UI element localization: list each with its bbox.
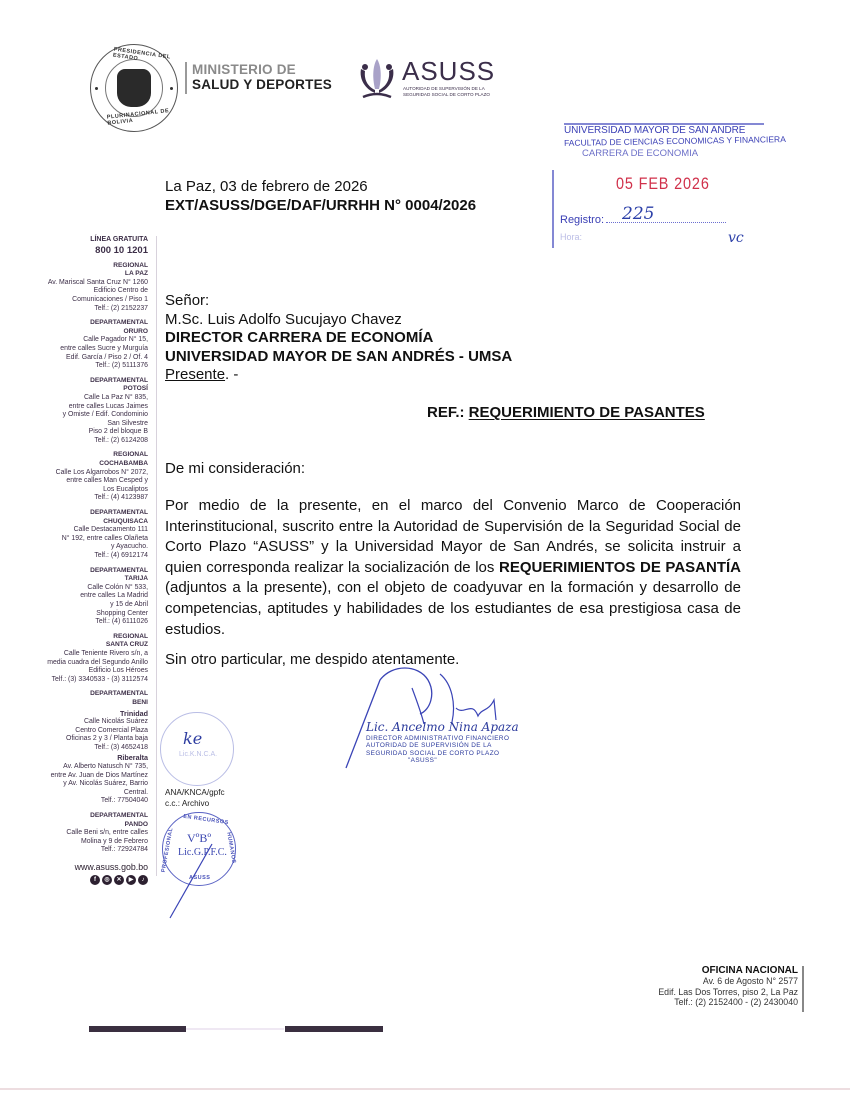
ministry-line1: MINISTERIO DE	[192, 62, 332, 77]
office-line: Av. Alberto Natusch N° 735,	[20, 763, 148, 772]
office-city: POTOSÍ	[20, 385, 148, 394]
office-city: BENI	[20, 699, 148, 708]
office-city: COCHABAMBA	[20, 460, 148, 469]
asuss-emblem-icon	[357, 55, 397, 101]
office-block: DEPARTAMENTALTARIJACalle Colón N° 533,en…	[20, 567, 148, 627]
office-line: Telf.: 77504040	[20, 797, 148, 806]
office-line: Central.	[20, 789, 148, 798]
office-line: Av. Mariscal Santa Cruz N° 1260	[20, 279, 148, 288]
national-office: OFICINA NACIONAL Av. 6 de Agosto N° 2577…	[658, 966, 798, 1008]
office-type: REGIONAL	[20, 262, 148, 271]
greeting: De mi consideración:	[165, 460, 305, 477]
office-type: REGIONAL	[20, 633, 148, 642]
office-line: entre calles Sucre y Murguía	[20, 345, 148, 354]
office-line: Calle Colón N° 533,	[20, 584, 148, 593]
presente-word: Presente	[165, 366, 225, 383]
office-line: Oficinas 2 y 3 / Planta baja	[20, 735, 148, 744]
instagram-icon[interactable]: ◎	[102, 875, 112, 885]
registro-value: 225	[622, 204, 654, 224]
ref-text: REQUERIMIENTO DE PASANTES	[469, 404, 705, 421]
asuss-subtitle: Autoridad de Supervisión de la Seguridad…	[403, 86, 490, 98]
signer-org-1: AUTORIDAD DE SUPERVISIÓN DE LA	[366, 742, 509, 749]
body-paragraph: Por medio de la presente, en el marco de…	[165, 496, 741, 640]
office-line: y Av. Nicolás Suárez, Barrio	[20, 780, 148, 789]
asuss-subtitle-line2: Seguridad Social de Corto Plazo	[403, 92, 490, 98]
vobo2-ring-top: EN RECURSOS	[183, 814, 229, 826]
office-line: Piso 2 del bloque B	[20, 428, 148, 437]
signer-org-2: SEGURIDAD SOCIAL DE CORTO PLAZO	[366, 750, 509, 757]
office-line: Telf.: (4) 6912174	[20, 552, 148, 561]
hotline-number: 800 10 1201	[20, 245, 148, 256]
office-lines: Calle Beni s/n, entre callesMolina y 9 d…	[20, 829, 148, 855]
office-line: Telf.: (4) 6111026	[20, 618, 148, 627]
stamp-career: CARRERA DE ECONOMIA	[582, 148, 698, 159]
body-bold: REQUERIMIENTOS DE PASANTÍA	[499, 559, 741, 576]
vobo1-text: Lic.K.N.C.A.	[179, 751, 217, 758]
office-city: TARIJA	[20, 575, 148, 584]
asuss-wordmark: ASUSS	[402, 58, 495, 84]
office-line: Telf.: (3) 4652418	[20, 744, 148, 753]
office-subcity: Riberalta	[20, 754, 148, 763]
office-line: Edificio Los Héroes	[20, 667, 148, 676]
vobo-stamp-1: ke Lic.K.N.C.A.	[160, 712, 234, 786]
office-line: entre calles La Madrid	[20, 592, 148, 601]
office-line: Telf.: (2) 6124208	[20, 437, 148, 446]
office-line: Centro Comercial Plaza	[20, 727, 148, 736]
signer-stamp: DIRECTOR ADMINISTRATIVO FINANCIERO AUTOR…	[366, 735, 509, 765]
office-type: DEPARTAMENTAL	[20, 567, 148, 576]
tiktok-icon[interactable]: ♪	[138, 875, 148, 885]
x-icon[interactable]: ✕	[114, 875, 124, 885]
office-line: Calle Teniente Rivero s/n, a	[20, 650, 148, 659]
recipient-title: DIRECTOR CARRERA DE ECONOMÍA	[165, 329, 512, 348]
vobo-check-stroke-icon	[168, 840, 218, 920]
ministry-divider	[185, 62, 187, 94]
footer-bar	[89, 1026, 186, 1032]
copy-to: c.c.: Archivo	[165, 798, 225, 809]
reception-stamp: UNIVERSIDAD MAYOR DE SAN ANDRE FACULTAD …	[552, 118, 768, 248]
ref-label: REF.:	[427, 404, 465, 421]
website-link[interactable]: www.asuss.gob.bo	[20, 863, 148, 872]
sidebar-divider	[156, 236, 157, 876]
office-city: CHUQUISACA	[20, 518, 148, 527]
office-block: DEPARTAMENTALORUROCalle Pagador N° 15,en…	[20, 319, 148, 371]
office-line: Edif. García / Piso 2 / Of. 4	[20, 354, 148, 363]
office-line: Telf.: (2) 5111376	[20, 362, 148, 371]
office-type: REGIONAL	[20, 451, 148, 460]
vobo2-ring-right: HUMANOS	[225, 832, 236, 864]
stamp-date: 05 FEB 2026	[616, 174, 710, 194]
seal-inner-ring	[105, 59, 163, 117]
recipient-name: M.Sc. Luis Adolfo Sucujayo Chavez	[165, 311, 512, 330]
office-line: San Silvestre	[20, 420, 148, 429]
salutation: Señor:	[165, 292, 512, 311]
initials-block: ANA/KNCA/gpfc c.c.: Archivo	[165, 787, 225, 809]
state-seal: PRESIDENCIA DEL ESTADO PLURINACIONAL DE …	[90, 44, 178, 132]
office-title: OFICINA NACIONAL	[658, 966, 798, 976]
footer-bar-light	[186, 1028, 284, 1030]
office-address-1: Av. 6 de Agosto N° 2577	[658, 976, 798, 986]
office-list: REGIONALLA PAZAv. Mariscal Santa Cruz N°…	[20, 262, 148, 685]
office-block: DEPARTAMENTALPOTOSÍCalle La Paz N° 835,e…	[20, 377, 148, 446]
office-line: Shopping Center	[20, 610, 148, 619]
office-block: DEPARTAMENTALCHUQUISACACalle Destacament…	[20, 509, 148, 561]
office-line: y Ayacucho.	[20, 543, 148, 552]
office-line: Calle Los Algarrobos N° 2072,	[20, 469, 148, 478]
office-line: Calle Destacamento 111	[20, 526, 148, 535]
office-block: REGIONALCOCHABAMBACalle Los Algarrobos N…	[20, 451, 148, 503]
letter-cite: EXT/ASUSS/DGE/DAF/URRHH N° 0004/2026	[165, 197, 476, 214]
seal-dot	[170, 87, 173, 90]
office-line: N° 192, entre calles Olañeta	[20, 535, 148, 544]
reference-line: REF.: REQUERIMIENTO DE PASANTES	[427, 404, 705, 421]
office-type: DEPARTAMENTAL	[20, 812, 148, 821]
hotline-title: LÍNEA GRATUITA	[20, 236, 148, 245]
stamp-faculty: FACULTAD DE CIENCIAS ECONOMICAS Y FINANC…	[564, 134, 786, 148]
office-phone: Telf.: (2) 2152400 - (2) 2430040	[658, 997, 798, 1007]
office-lines: Av. Alberto Natusch N° 735,entre Av. Jua…	[20, 763, 148, 806]
page-bottom-edge	[0, 1088, 850, 1090]
office-line: entre calles Man Cesped y	[20, 477, 148, 486]
signature-block: Lic. Ancelmo Nina Apaza DIRECTOR ADMINIS…	[340, 660, 540, 770]
office-line: Comunicaciones / Piso 1	[20, 296, 148, 305]
sidebar-contacts: LÍNEA GRATUITA 800 10 1201 REGIONALLA PA…	[20, 236, 148, 885]
office-line: Los Eucaliptos	[20, 486, 148, 495]
recipient-block: Señor: M.Sc. Luis Adolfo Sucujayo Chavez…	[165, 292, 512, 385]
vobo1-initial: ke	[183, 729, 202, 748]
office-block: REGIONALSANTA CRUZCalle Teniente Rivero …	[20, 633, 148, 685]
office-line: Calle Beni s/n, entre calles	[20, 829, 148, 838]
office-city: SANTA CRUZ	[20, 641, 148, 650]
stamp-left-line	[552, 170, 554, 248]
office-line: entre calles Lucas Jaimes	[20, 403, 148, 412]
office-subcity: Trinidad	[20, 710, 148, 719]
office-block: REGIONALLA PAZAv. Mariscal Santa Cruz N°…	[20, 262, 148, 314]
stamp-hora: Hora:	[560, 232, 582, 242]
office-line: Calle Nicolás Suárez	[20, 718, 148, 727]
office-line: Calle Pagador N° 15,	[20, 336, 148, 345]
office-type: DEPARTAMENTAL	[20, 690, 148, 699]
office-line: Telf.: 72924784	[20, 846, 148, 855]
office-divider	[802, 966, 804, 1012]
office-line: Telf.: (4) 4123987	[20, 494, 148, 503]
office-line: Edificio Centro de	[20, 287, 148, 296]
ministry-logo: MINISTERIO DE SALUD Y DEPORTES	[192, 62, 332, 92]
stamp-initials: vc	[728, 230, 744, 246]
office-line: Calle La Paz N° 835,	[20, 394, 148, 403]
recipient-institution: UNIVERSIDAD MAYOR DE SAN ANDRÉS - UMSA	[165, 348, 512, 367]
office-address-2: Edif. Las Dos Torres, piso 2, La Paz	[658, 987, 798, 997]
office-type: DEPARTAMENTAL	[20, 319, 148, 328]
office-lines: Calle Nicolás SuárezCentro Comercial Pla…	[20, 718, 148, 752]
office-beni: DEPARTAMENTAL BENI Trinidad Calle Nicolá…	[20, 690, 148, 806]
office-line: y 15 de Abril	[20, 601, 148, 610]
office-city: LA PAZ	[20, 270, 148, 279]
presente: Presente. -	[165, 366, 512, 385]
office-line: entre Av. Juan de Dios Martínez	[20, 772, 148, 781]
body-text-2: (adjuntos a la presente), con el objeto …	[165, 579, 741, 637]
office-type: DEPARTAMENTAL	[20, 509, 148, 518]
office-line: media cuadra del Segundo Anillo	[20, 659, 148, 668]
social-icons: f◎✕▶♪	[20, 875, 148, 885]
signer-org-3: "ASUSS"	[366, 757, 509, 764]
ministry-line2: SALUD Y DEPORTES	[192, 77, 332, 92]
footer-bar	[285, 1026, 383, 1032]
office-line: y Omiste / Edif. Condominio	[20, 411, 148, 420]
seal-dot	[95, 87, 98, 90]
signer-name: Lic. Ancelmo Nina Apaza	[366, 720, 519, 734]
office-line: Telf.: (2) 2152237	[20, 305, 148, 314]
drafter-initials: ANA/KNCA/gpfc	[165, 787, 225, 798]
coat-of-arms-icon	[117, 69, 151, 107]
youtube-icon[interactable]: ▶	[126, 875, 136, 885]
office-pando: DEPARTAMENTAL PANDO Calle Beni s/n, entr…	[20, 812, 148, 855]
office-line: Telf.: (3) 3340533 - (3) 3112574	[20, 676, 148, 685]
registro-label: Registro:	[560, 214, 604, 226]
letter-date: La Paz, 03 de febrero de 2026	[165, 178, 368, 195]
office-line: Molina y 9 de Febrero	[20, 838, 148, 847]
facebook-icon[interactable]: f	[90, 875, 100, 885]
office-city: PANDO	[20, 821, 148, 830]
presente-suffix: . -	[225, 366, 238, 383]
